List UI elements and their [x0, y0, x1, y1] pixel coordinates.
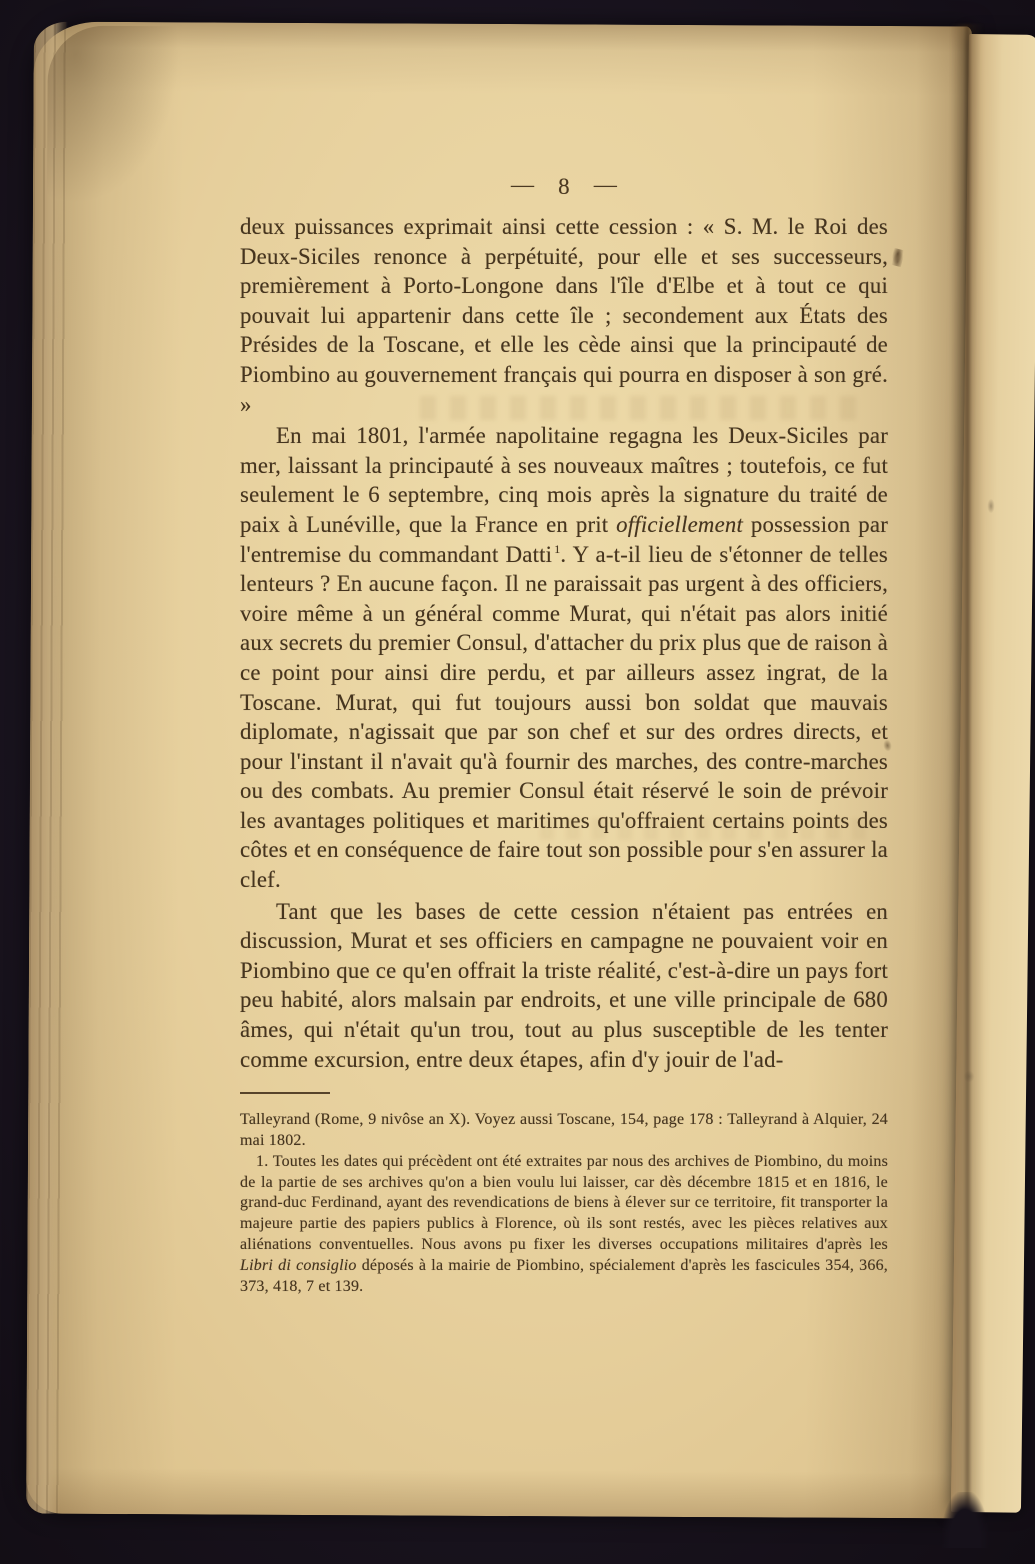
- paragraph-3-text: Tant que les bases de cette cession n'ét…: [240, 899, 888, 1072]
- emphasis-officiellement: officiellement: [616, 512, 743, 537]
- footnote-1: 1. Toutes les dates qui précèdent ont ét…: [240, 1152, 888, 1298]
- page-content: —8— deux puissances exprimait ainsi cett…: [240, 172, 888, 1297]
- footnote-continuation: Talleyrand (Rome, 9 nivôse an X). Voyez …: [240, 1110, 888, 1152]
- footnotes-block: Talleyrand (Rome, 9 nivôse an X). Voyez …: [240, 1110, 888, 1297]
- page-number-header: —8—: [240, 172, 888, 202]
- book-scan-photo: —8— deux puissances exprimait ainsi cett…: [0, 0, 1035, 1564]
- paragraph-2: En mai 1801, l'armée napolitaine regagna…: [240, 421, 888, 895]
- gutter-bottom-shadow: [942, 1492, 988, 1548]
- footnote-separator-rule: [240, 1092, 330, 1094]
- paragraph-1: deux puissances exprimait ainsi cette ce…: [240, 212, 888, 419]
- footnote-1-text-start: 1. Toutes les dates qui précèdent ont ét…: [240, 1153, 888, 1253]
- paragraph-1-text: deux puissances exprimait ainsi cette ce…: [240, 214, 888, 417]
- footnote-continuation-text: Talleyrand (Rome, 9 nivôse an X). Voyez …: [240, 1111, 888, 1149]
- header-dash-right: —: [594, 172, 617, 197]
- header-dash-left: —: [511, 172, 534, 197]
- emphasis-libri-di-consiglio: Libri di consiglio: [240, 1257, 357, 1274]
- paragraph-3: Tant que les bases de cette cession n'ét…: [240, 897, 888, 1075]
- paragraph-2-text-end: . Y a-t-il lieu de s'étonner de telles l…: [240, 542, 888, 893]
- page-number: 8: [558, 174, 570, 199]
